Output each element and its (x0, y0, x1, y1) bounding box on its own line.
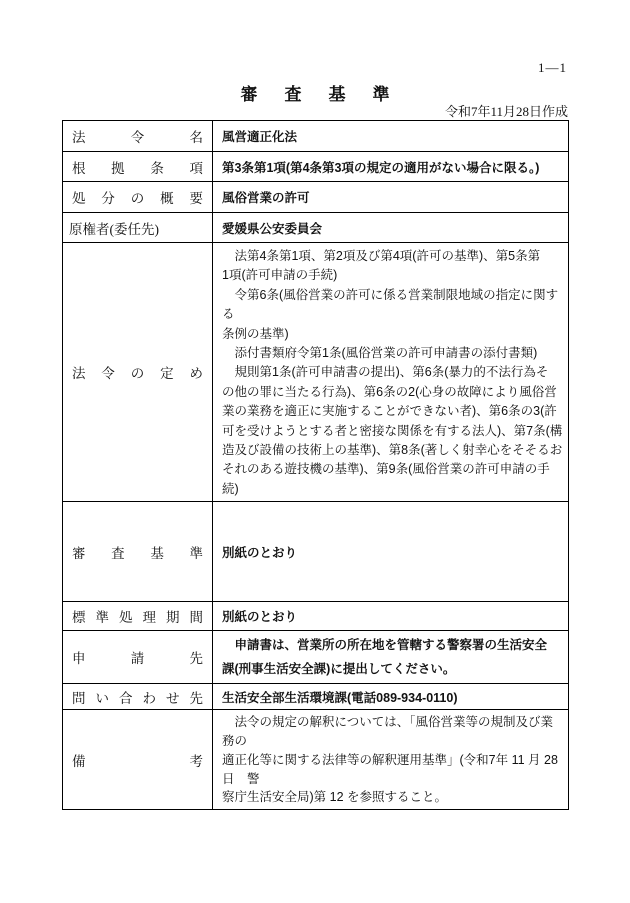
row-value-disposition-summary: 風俗営業の許可 (213, 182, 569, 213)
row-value-legal-basis: 第3条第1項(第4条第3項の規定の適用がない場合に限る。) (213, 152, 569, 182)
row-value-application-destination: 申請書は、営業所の所在地を管轄する警察署の生活安全 課(刑事生活安全課)に提出し… (213, 631, 569, 684)
remarks-line: 察庁生活安全局)第 12 を参照すること。 (222, 788, 564, 807)
application-destination-line: 申請書は、営業所の所在地を管轄する警察署の生活安全 (222, 633, 564, 657)
row-label-disposition-summary: 処分の概要 (63, 182, 213, 213)
law-provisions-line: の他の罪に当たる行為)、第6条の2(心身の故障により風俗営 (222, 383, 564, 402)
remarks-line: 適正化等に関する法律等の解釈運用基準」(令和7年 11 月 28 日 警 (222, 751, 564, 789)
law-provisions-line: 可を受けようとする者と密接な関係を有する法人)、第7条(構 (222, 422, 564, 441)
law-provisions-line: 造及び設備の技術上の基準)、第8条(著しく射幸心をそそるお (222, 441, 564, 460)
row-label-application-destination: 申請先 (63, 631, 213, 684)
table-row-disposition-summary: 処分の概要 風俗営業の許可 (63, 182, 569, 213)
law-provisions-line: 1項(許可申請の手続) (222, 266, 564, 285)
law-provisions-line: 法第4条第1項、第2項及び第4項(許可の基準)、第5条第 (222, 247, 564, 266)
row-label-contact: 問い合わせ先 (63, 684, 213, 710)
table-row-authority: 原権者(委任先) 愛媛県公安委員会 (63, 213, 569, 243)
row-value-law-provisions: 法第4条第1項、第2項及び第4項(許可の基準)、第5条第 1項(許可申請の手続)… (213, 243, 569, 502)
table-row-law-name: 法令名 風営適正化法 (63, 121, 569, 152)
row-label-review-standards: 審査基準 (63, 502, 213, 602)
table-row-legal-basis: 根拠条項 第3条第1項(第4条第3項の規定の適用がない場合に限る。) (63, 152, 569, 182)
law-provisions-line: 規則第1条(許可申請書の提出)、第6条(暴力的不法行為そ (222, 363, 564, 382)
remarks-line: 法令の規定の解釈については、「風俗営業等の規制及び業務の (222, 713, 564, 751)
creation-date: 令和7年11月28日作成 (445, 101, 568, 120)
table-row-standard-processing-period: 標準処理期間 別紙のとおり (63, 602, 569, 631)
law-provisions-line: それのある遊技機の基準)、第9条(風俗営業の許可申請の手続) (222, 460, 564, 499)
document-page: 1—1 審査基準 令和7年11月28日作成 法令名 風営適正化法 根拠条項 第3… (0, 0, 630, 903)
page-number: 1—1 (538, 60, 567, 76)
table-row-review-standards: 審査基準 別紙のとおり (63, 502, 569, 602)
row-value-authority: 愛媛県公安委員会 (213, 213, 569, 243)
row-label-authority: 原権者(委任先) (63, 213, 213, 243)
review-standards-table: 法令名 風営適正化法 根拠条項 第3条第1項(第4条第3項の規定の適用がない場合… (62, 120, 569, 810)
table-row-contact: 問い合わせ先 生活安全部生活環境課(電話089-934-0110) (63, 684, 569, 710)
row-label-remarks: 備考 (63, 710, 213, 810)
table-row-remarks: 備考 法令の規定の解釈については、「風俗営業等の規制及び業務の 適正化等に関する… (63, 710, 569, 810)
row-value-remarks: 法令の規定の解釈については、「風俗営業等の規制及び業務の 適正化等に関する法律等… (213, 710, 569, 810)
law-provisions-line: 業の業務を適正に実施することができない者)、第6条の3(許 (222, 402, 564, 421)
row-value-law-name: 風営適正化法 (213, 121, 569, 152)
table-row-law-provisions: 法令の定め 法第4条第1項、第2項及び第4項(許可の基準)、第5条第 1項(許可… (63, 243, 569, 502)
row-label-legal-basis: 根拠条項 (63, 152, 213, 182)
law-provisions-line: 令第6条(風俗営業の許可に係る営業制限地域の指定に関する (222, 286, 564, 325)
law-provisions-line: 条例の基準) (222, 325, 564, 344)
row-label-standard-processing-period: 標準処理期間 (63, 602, 213, 631)
row-value-review-standards: 別紙のとおり (213, 502, 569, 602)
row-value-contact: 生活安全部生活環境課(電話089-934-0110) (213, 684, 569, 710)
law-provisions-line: 添付書類府令第1条(風俗営業の許可申請書の添付書類) (222, 344, 564, 363)
application-destination-line: 課(刑事生活安全課)に提出してください。 (222, 657, 564, 681)
row-value-standard-processing-period: 別紙のとおり (213, 602, 569, 631)
row-label-law-name: 法令名 (63, 121, 213, 152)
table-row-application-destination: 申請先 申請書は、営業所の所在地を管轄する警察署の生活安全 課(刑事生活安全課)… (63, 631, 569, 684)
row-label-law-provisions: 法令の定め (63, 243, 213, 502)
